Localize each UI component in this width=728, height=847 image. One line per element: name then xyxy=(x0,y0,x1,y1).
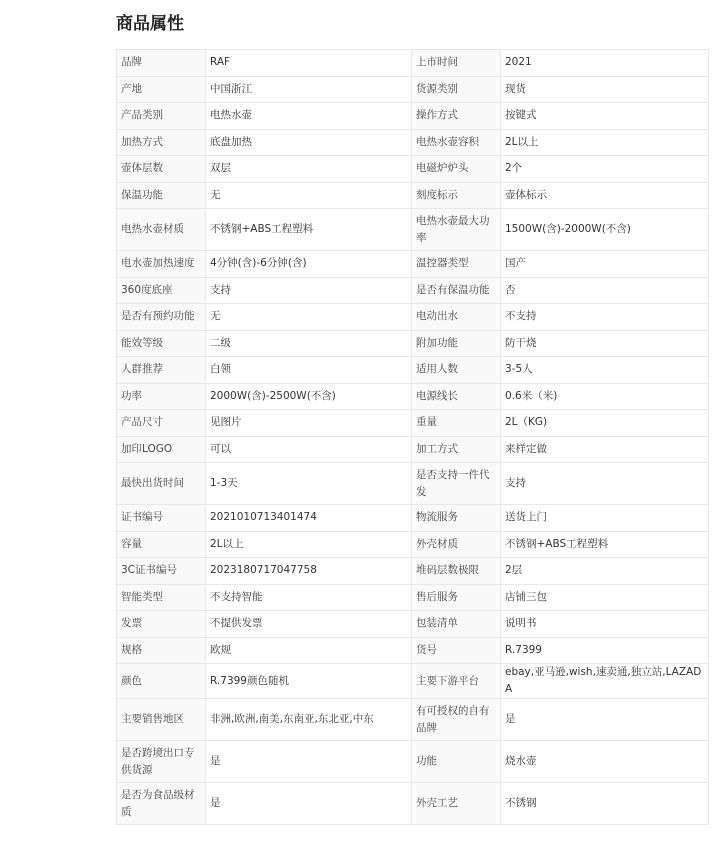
attribute-name: 外壳材质 xyxy=(412,531,501,558)
attribute-name: 操作方式 xyxy=(412,103,501,130)
table-row: 保温功能无刻度标示壶体标示 xyxy=(117,182,709,209)
attribute-value: 2021 xyxy=(501,50,709,77)
attribute-value: 二级 xyxy=(206,330,412,357)
attribute-value: 欧规 xyxy=(206,637,412,664)
attribute-value: 4分钟(含)-6分钟(含) xyxy=(206,251,412,278)
attribute-name: 能效等级 xyxy=(117,330,206,357)
attribute-name: 电水壶加热速度 xyxy=(117,251,206,278)
attribute-value: 现货 xyxy=(501,76,709,103)
attribute-value: 不支持 xyxy=(501,304,709,331)
attribute-name: 最快出货时间 xyxy=(117,463,206,505)
table-row: 规格欧规货号R.7399 xyxy=(117,637,709,664)
attribute-value: 2000W(含)-2500W(不含) xyxy=(206,383,412,410)
attribute-name: 电动出水 xyxy=(412,304,501,331)
attribute-name: 电热水壶材质 xyxy=(117,209,206,251)
attribute-name: 加热方式 xyxy=(117,129,206,156)
attribute-name: 货源类别 xyxy=(412,76,501,103)
attribute-name: 功能 xyxy=(412,741,501,783)
table-row: 产品尺寸见图片重量2L（KG) xyxy=(117,410,709,437)
attribute-name: 重量 xyxy=(412,410,501,437)
attribute-value: 无 xyxy=(206,182,412,209)
attribute-value: 2L以上 xyxy=(206,531,412,558)
attribute-name: 加工方式 xyxy=(412,436,501,463)
attribute-value: 不支持智能 xyxy=(206,584,412,611)
attribute-name: 附加功能 xyxy=(412,330,501,357)
attribute-name: 售后服务 xyxy=(412,584,501,611)
attribute-name: 上市时间 xyxy=(412,50,501,77)
table-row: 主要销售地区非洲,欧洲,南美,东南亚,东北亚,中东有可授权的自有品牌是 xyxy=(117,699,709,741)
attribute-name: 包装清单 xyxy=(412,611,501,638)
attribute-value: 说明书 xyxy=(501,611,709,638)
attribute-name: 主要销售地区 xyxy=(117,699,206,741)
attribute-value: 1500W(含)-2000W(不含) xyxy=(501,209,709,251)
attribute-value: 2021010713401474 xyxy=(206,505,412,532)
attribute-value: ebay,亚马逊,wish,速卖通,独立站,LAZADA xyxy=(501,664,709,699)
attribute-value: 支持 xyxy=(501,463,709,505)
attributes-table-body: 品牌RAF上市时间2021 产地中国浙江货源类别现货 产品类别电热水壶操作方式按… xyxy=(117,50,709,825)
attribute-name: 外壳工艺 xyxy=(412,783,501,825)
attribute-value: 否 xyxy=(501,277,709,304)
attribute-name: 有可授权的自有品牌 xyxy=(412,699,501,741)
attribute-value: 白领 xyxy=(206,357,412,384)
attribute-name: 是否有保温功能 xyxy=(412,277,501,304)
attribute-value: RAF xyxy=(206,50,412,77)
table-row: 智能类型不支持智能售后服务店铺三包 xyxy=(117,584,709,611)
table-row: 功率2000W(含)-2500W(不含)电源线长0.6米（米) xyxy=(117,383,709,410)
attribute-value: 2023180717047758 xyxy=(206,558,412,585)
attribute-value: 是 xyxy=(206,741,412,783)
attribute-name: 容量 xyxy=(117,531,206,558)
attribute-value: 2L以上 xyxy=(501,129,709,156)
table-row: 加印LOGO可以加工方式来样定做 xyxy=(117,436,709,463)
attribute-name: 产品类别 xyxy=(117,103,206,130)
attribute-name: 电源线长 xyxy=(412,383,501,410)
attribute-value: 不锈钢+ABS工程塑料 xyxy=(206,209,412,251)
table-row: 最快出货时间1-3天是否支持一件代发支持 xyxy=(117,463,709,505)
attribute-name: 电热水壶容积 xyxy=(412,129,501,156)
table-row: 产地中国浙江货源类别现货 xyxy=(117,76,709,103)
attribute-name: 适用人数 xyxy=(412,357,501,384)
attribute-value: 2L（KG) xyxy=(501,410,709,437)
attribute-value: 中国浙江 xyxy=(206,76,412,103)
attribute-name: 是否为食品级材质 xyxy=(117,783,206,825)
attribute-value: 店铺三包 xyxy=(501,584,709,611)
attribute-name: 货号 xyxy=(412,637,501,664)
table-row: 人群推荐白领适用人数3-5人 xyxy=(117,357,709,384)
attribute-value: 双层 xyxy=(206,156,412,183)
attribute-name: 堆码层数极限 xyxy=(412,558,501,585)
attribute-name: 保温功能 xyxy=(117,182,206,209)
table-row: 360度底座支持是否有保温功能否 xyxy=(117,277,709,304)
attribute-value: 电热水壶 xyxy=(206,103,412,130)
attribute-name: 360度底座 xyxy=(117,277,206,304)
attribute-name: 是否有预约功能 xyxy=(117,304,206,331)
table-row: 电水壶加热速度4分钟(含)-6分钟(含)温控器类型国产 xyxy=(117,251,709,278)
product-attributes-section: 商品属性 品牌RAF上市时间2021 产地中国浙江货源类别现货 产品类别电热水壶… xyxy=(116,0,708,825)
table-row: 产品类别电热水壶操作方式按键式 xyxy=(117,103,709,130)
attribute-value: 国产 xyxy=(501,251,709,278)
attribute-value: 不锈钢 xyxy=(501,783,709,825)
attribute-name: 温控器类型 xyxy=(412,251,501,278)
attribute-name: 产地 xyxy=(117,76,206,103)
attribute-value: 防干烧 xyxy=(501,330,709,357)
attribute-value: R.7399 xyxy=(501,637,709,664)
attribute-value: 见图片 xyxy=(206,410,412,437)
attribute-value: 不提供发票 xyxy=(206,611,412,638)
attribute-name: 产品尺寸 xyxy=(117,410,206,437)
attribute-name: 物流服务 xyxy=(412,505,501,532)
attribute-value: 来样定做 xyxy=(501,436,709,463)
attribute-value: 2个 xyxy=(501,156,709,183)
attribute-name: 颜色 xyxy=(117,664,206,699)
attribute-value: 底盘加热 xyxy=(206,129,412,156)
attribute-name: 电磁炉炉头 xyxy=(412,156,501,183)
attribute-name: 人群推荐 xyxy=(117,357,206,384)
table-row: 发票不提供发票包装清单说明书 xyxy=(117,611,709,638)
attribute-value: 可以 xyxy=(206,436,412,463)
attribute-name: 品牌 xyxy=(117,50,206,77)
table-row: 证书编号2021010713401474物流服务送货上门 xyxy=(117,505,709,532)
table-row: 加热方式底盘加热电热水壶容积2L以上 xyxy=(117,129,709,156)
attribute-name: 发票 xyxy=(117,611,206,638)
attribute-name: 加印LOGO xyxy=(117,436,206,463)
table-row: 是否跨境出口专供货源是功能烧水壶 xyxy=(117,741,709,783)
attribute-value: 是 xyxy=(501,699,709,741)
attribute-value: 按键式 xyxy=(501,103,709,130)
table-row: 品牌RAF上市时间2021 xyxy=(117,50,709,77)
attribute-name: 壶体层数 xyxy=(117,156,206,183)
attribute-value: 不锈钢+ABS工程塑料 xyxy=(501,531,709,558)
table-row: 容量2L以上外壳材质不锈钢+ABS工程塑料 xyxy=(117,531,709,558)
attribute-value: 1-3天 xyxy=(206,463,412,505)
table-row: 颜色R.7399颜色随机主要下游平台ebay,亚马逊,wish,速卖通,独立站,… xyxy=(117,664,709,699)
table-row: 3C证书编号2023180717047758堆码层数极限2层 xyxy=(117,558,709,585)
section-title: 商品属性 xyxy=(116,0,708,49)
attribute-name: 3C证书编号 xyxy=(117,558,206,585)
attribute-name: 主要下游平台 xyxy=(412,664,501,699)
attribute-name: 证书编号 xyxy=(117,505,206,532)
attribute-value: 2层 xyxy=(501,558,709,585)
attribute-name: 电热水壶最大功率 xyxy=(412,209,501,251)
attribute-name: 是否跨境出口专供货源 xyxy=(117,741,206,783)
attribute-value: 送货上门 xyxy=(501,505,709,532)
attribute-value: 烧水壶 xyxy=(501,741,709,783)
table-row: 电热水壶材质不锈钢+ABS工程塑料电热水壶最大功率1500W(含)-2000W(… xyxy=(117,209,709,251)
attribute-value: 无 xyxy=(206,304,412,331)
attribute-value: 壶体标示 xyxy=(501,182,709,209)
attribute-value: 3-5人 xyxy=(501,357,709,384)
table-row: 是否为食品级材质是外壳工艺不锈钢 xyxy=(117,783,709,825)
attributes-table: 品牌RAF上市时间2021 产地中国浙江货源类别现货 产品类别电热水壶操作方式按… xyxy=(116,49,709,825)
attribute-value: R.7399颜色随机 xyxy=(206,664,412,699)
attribute-name: 是否支持一件代发 xyxy=(412,463,501,505)
attribute-name: 功率 xyxy=(117,383,206,410)
attribute-value: 0.6米（米) xyxy=(501,383,709,410)
attribute-value: 是 xyxy=(206,783,412,825)
attribute-name: 规格 xyxy=(117,637,206,664)
table-row: 壶体层数双层电磁炉炉头2个 xyxy=(117,156,709,183)
attribute-name: 刻度标示 xyxy=(412,182,501,209)
attribute-value: 非洲,欧洲,南美,东南亚,东北亚,中东 xyxy=(206,699,412,741)
attribute-name: 智能类型 xyxy=(117,584,206,611)
table-row: 是否有预约功能无电动出水不支持 xyxy=(117,304,709,331)
attribute-value: 支持 xyxy=(206,277,412,304)
table-row: 能效等级二级附加功能防干烧 xyxy=(117,330,709,357)
